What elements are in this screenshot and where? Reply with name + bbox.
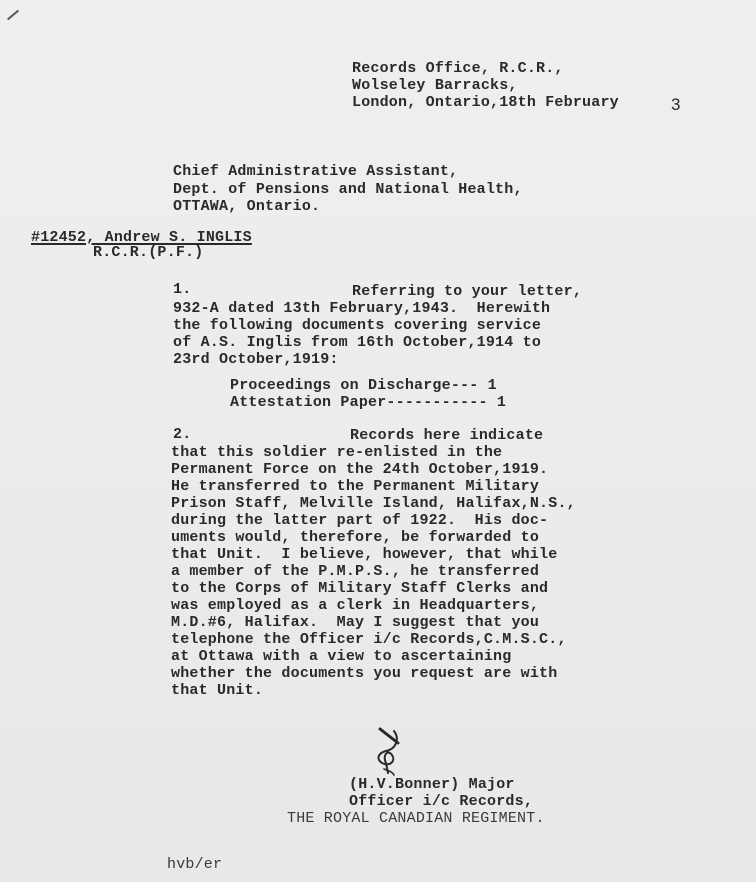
paragraph-2-line: M.D.#6, Halifax. May I suggest that you bbox=[171, 614, 539, 631]
paragraph-2-line: at Ottawa with a view to ascertaining bbox=[171, 648, 511, 665]
paragraph-2-line: during the latter part of 1922. His doc- bbox=[171, 512, 548, 529]
paragraph-2-number: 2. bbox=[173, 426, 191, 443]
subject-line-2: R.C.R.(P.F.) bbox=[93, 244, 203, 261]
paragraph-1-line: of A.S. Inglis from 16th October,1914 to bbox=[173, 334, 541, 351]
paragraph-2-line: Prison Staff, Melville Island, Halifax,N… bbox=[171, 495, 576, 512]
paragraph-2-line: whether the documents you request are wi… bbox=[171, 665, 557, 682]
paragraph-1-line: Referring to your letter, bbox=[352, 283, 582, 300]
signatory-regiment: THE ROYAL CANADIAN REGIMENT. bbox=[287, 810, 545, 827]
paragraph-2-line: a member of the P.M.P.S., he transferred bbox=[171, 563, 539, 580]
paragraph-2-line: He transferred to the Permanent Military bbox=[171, 478, 539, 495]
paragraph-2-line: that this soldier re-enlisted in the bbox=[171, 444, 502, 461]
signatory-name-rank: (H.V.Bonner) Major bbox=[349, 776, 515, 793]
paragraph-2-line: telephone the Officer i/c Records,C.M.S.… bbox=[171, 631, 567, 648]
paragraph-1-line: 23rd October,1919: bbox=[173, 351, 339, 368]
paragraph-2-line: Permanent Force on the 24th October,1919… bbox=[171, 461, 548, 478]
corner-pen-mark bbox=[7, 10, 19, 21]
recipient-line-3: OTTAWA, Ontario. bbox=[173, 198, 320, 215]
sender-address-line-2: Wolseley Barracks, bbox=[352, 77, 518, 94]
document-list-item: Proceedings on Discharge--- 1 bbox=[230, 377, 497, 394]
paragraph-1-number: 1. bbox=[173, 281, 191, 298]
recipient-line-1: Chief Administrative Assistant, bbox=[173, 163, 458, 180]
paragraph-2-line: was employed as a clerk in Headquarters, bbox=[171, 597, 539, 614]
letter-page: Records Office, R.C.R., Wolseley Barrack… bbox=[0, 0, 756, 882]
paragraph-2-line: to the Corps of Military Staff Clerks an… bbox=[171, 580, 548, 597]
signatory-title: Officer i/c Records, bbox=[349, 793, 533, 810]
recipient-line-2: Dept. of Pensions and National Health, bbox=[173, 181, 523, 198]
paragraph-1-line: the following documents covering service bbox=[173, 317, 541, 334]
sender-address-line-3: London, Ontario,18th February bbox=[352, 94, 619, 111]
page-number: 3 bbox=[671, 95, 680, 115]
paragraph-1-line: 932-A dated 13th February,1943. Herewith bbox=[173, 300, 550, 317]
paragraph-2-line: that Unit. I believe, however, that whil… bbox=[171, 546, 557, 563]
document-list-item: Attestation Paper----------- 1 bbox=[230, 394, 506, 411]
paragraph-2-line: Records here indicate bbox=[350, 427, 543, 444]
paragraph-2-line: uments would, therefore, be forwarded to bbox=[171, 529, 539, 546]
reference-initials: hvb/er bbox=[167, 856, 222, 873]
handwritten-signature-icon bbox=[370, 725, 410, 780]
sender-address-line-1: Records Office, R.C.R., bbox=[352, 60, 564, 77]
paragraph-2-line: that Unit. bbox=[171, 682, 263, 699]
